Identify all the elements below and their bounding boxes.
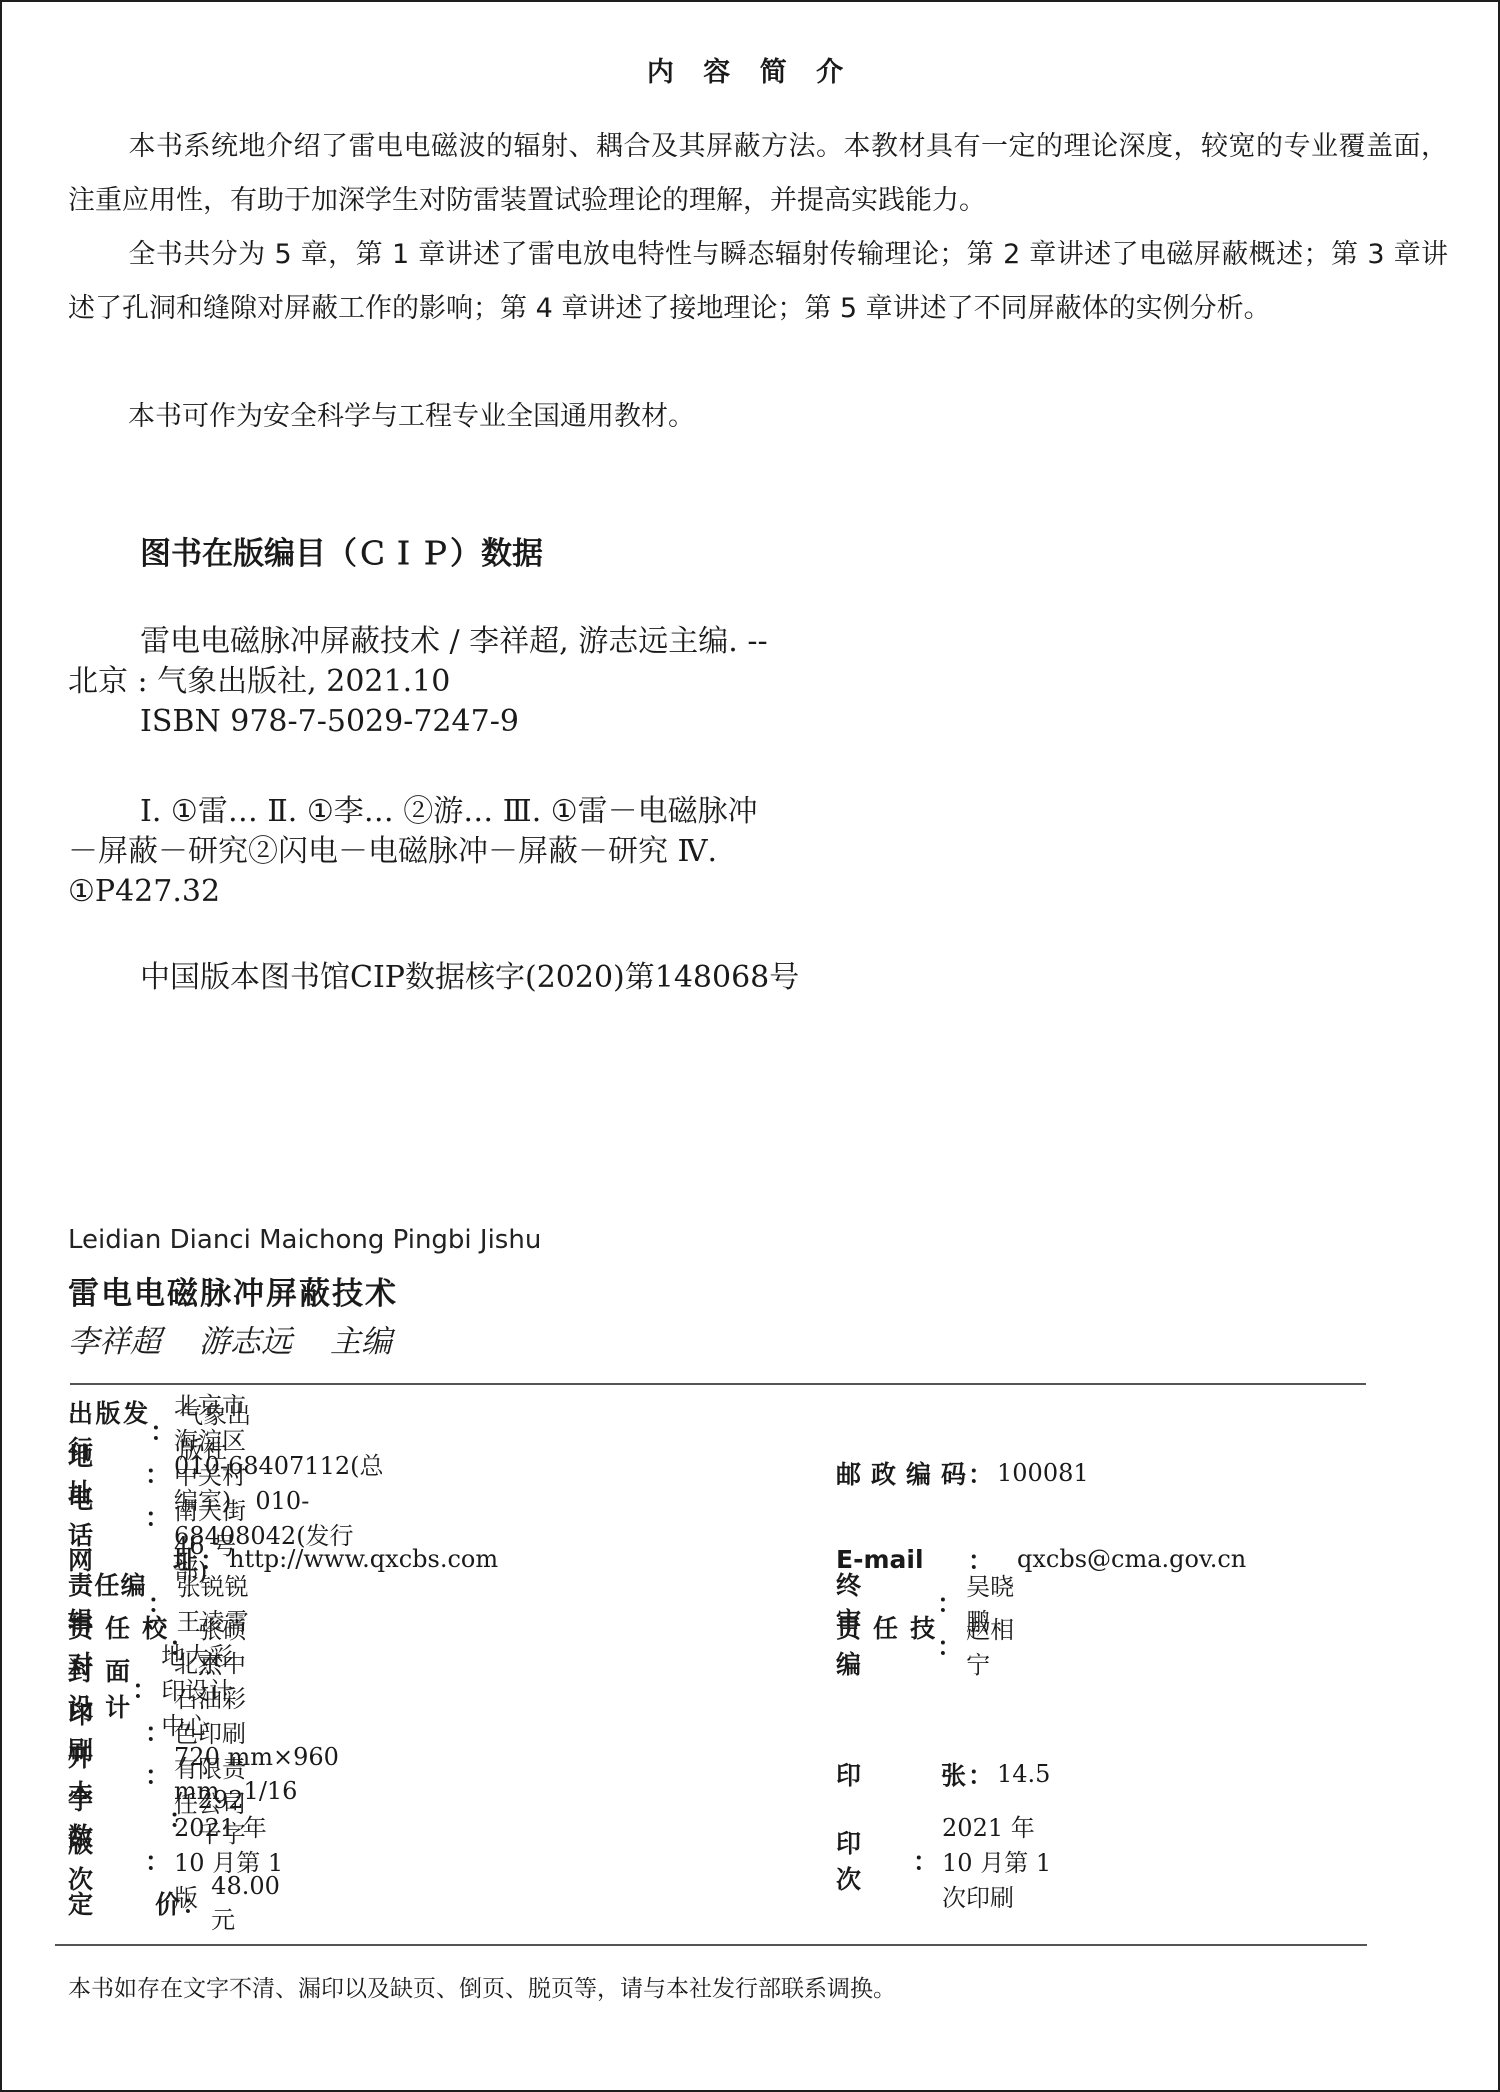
editor-name: 游志远 — [199, 1324, 292, 1360]
colophon-field: 定 价：48.00 元 — [68, 1883, 298, 1923]
book-editors: 李祥超游志远主编 — [68, 1316, 430, 1361]
cip-record-number: 中国版本图书馆CIP数据核字(2020)第148068号 — [68, 958, 799, 998]
editor-role: 主编 — [330, 1324, 392, 1360]
field-colon: ： — [145, 1713, 170, 1749]
cip-entry: 雷电电磁脉冲屏蔽技术 / 李祥超, 游志远主编. -- 北京 : 气象出版社, … — [68, 622, 768, 742]
colophon-field: 印 次：2021 年 10 月第 1 次印刷 — [836, 1840, 1058, 1880]
cip-subject-line: ①P427.32 — [68, 872, 758, 912]
field-colon: ： — [968, 1756, 993, 1792]
field-label: 邮政编码 — [836, 1455, 966, 1491]
divider-bottom — [55, 1944, 1367, 1946]
book-pinyin-title: Leidian Dianci Maichong Pingbi Jishu — [68, 1225, 541, 1255]
cip-entry-line: 北京 : 气象出版社, 2021.10 — [68, 662, 768, 702]
field-colon: ： — [968, 1455, 993, 1491]
field-label: 印 次 — [836, 1824, 911, 1896]
summary-paragraph: 本书系统地介绍了雷电电磁波的辐射、耦合及其屏蔽方法。本教材具有一定的理论深度，较… — [68, 120, 1448, 228]
field-label: 定 价 — [68, 1885, 180, 1921]
cip-subjects: Ⅰ. ①雷… Ⅱ. ①李… ②游… Ⅲ. ①雷－电磁脉冲 －屏蔽－研究②闪电－电… — [68, 792, 758, 912]
summary-title: 内 容 简 介 — [0, 50, 1500, 89]
field-value: 48.00 元 — [211, 1872, 298, 1935]
summary-paragraph: 本书可作为安全科学与工程专业全国通用教材。 — [68, 390, 1448, 444]
summary-paragraph: 全书共分为 5 章，第 1 章讲述了雷电放电特性与瞬态辐射传输理论；第 2 章讲… — [68, 228, 1448, 336]
cip-subject-line: Ⅰ. ①雷… Ⅱ. ①李… ②游… Ⅲ. ①雷－电磁脉冲 — [68, 792, 758, 832]
colophon-field: 印 张：14.5 — [836, 1754, 1050, 1794]
field-colon: ： — [150, 1412, 175, 1448]
footer-note: 本书如存在文字不清、漏印以及缺页、倒页、脱页等，请与本社发行部联系调换。 — [68, 1970, 896, 2003]
colophon-field: 邮政编码：100081 — [836, 1453, 1089, 1493]
field-value: 赵相宁 — [966, 1610, 1021, 1680]
field-colon: ： — [937, 1627, 962, 1663]
field-label: 印 张 — [836, 1756, 966, 1792]
cip-heading: 图书在版编目（ＣＩＰ）数据 — [140, 528, 543, 573]
field-value: qxcbs@cma.gov.cn — [1017, 1545, 1246, 1573]
field-colon: ： — [145, 1498, 170, 1534]
book-title: 雷电电磁脉冲屏蔽技术 — [68, 1268, 398, 1313]
cip-isbn: ISBN 978-7-5029-7247-9 — [68, 702, 768, 742]
divider-top — [70, 1383, 1366, 1385]
field-colon: ： — [913, 1842, 938, 1878]
field-value: 14.5 — [997, 1760, 1050, 1788]
field-label: 责任技编 — [836, 1609, 935, 1681]
field-colon: ： — [145, 1842, 170, 1878]
cip-entry-line: 雷电电磁脉冲屏蔽技术 / 李祥超, 游志远主编. -- — [68, 622, 768, 662]
field-colon: ： — [182, 1885, 207, 1921]
colophon-field: 电 话：010-68407112(总编室) 010-68408042(发行部) — [68, 1496, 385, 1536]
colophon-field: 责任技编：赵相宁 — [836, 1625, 1021, 1665]
cip-record: 中国版本图书馆CIP数据核字(2020)第148068号 — [68, 958, 799, 998]
field-colon: ： — [145, 1455, 170, 1491]
editor-name: 李祥超 — [68, 1324, 161, 1360]
field-value: 100081 — [997, 1459, 1089, 1487]
field-colon: ： — [937, 1584, 962, 1620]
cip-subject-line: －屏蔽－研究②闪电－电磁脉冲－屏蔽－研究 Ⅳ. — [68, 832, 758, 872]
field-value: 2021 年 10 月第 1 次印刷 — [942, 1808, 1058, 1913]
